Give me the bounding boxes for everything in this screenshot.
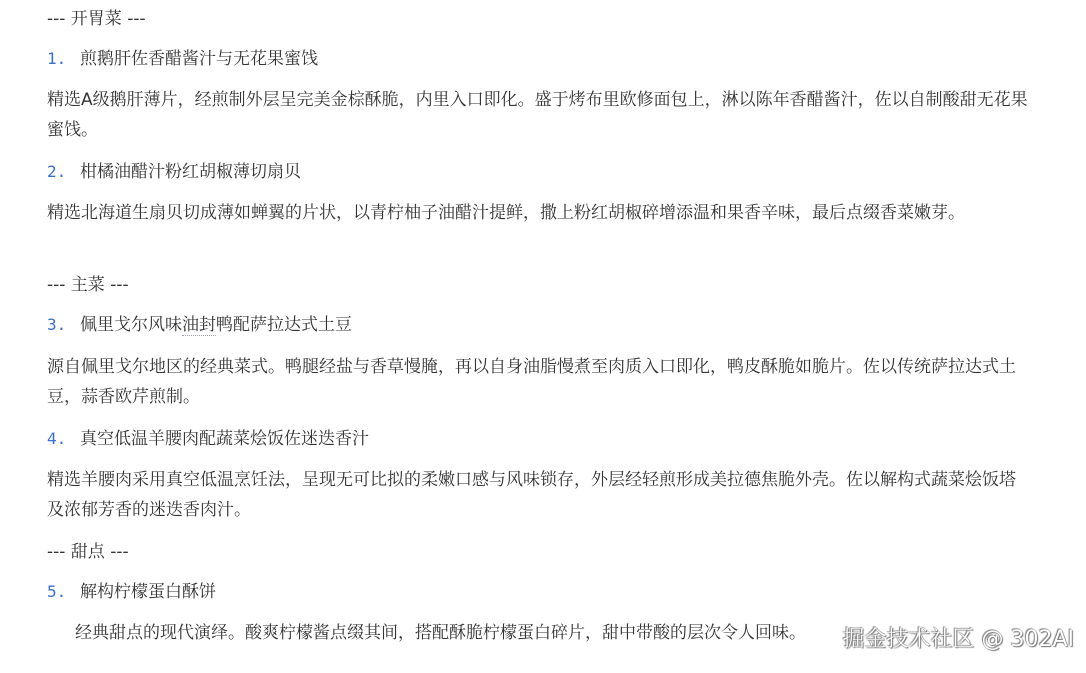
list-number: 4. bbox=[47, 427, 80, 451]
dish-title-5: 5. 解构柠檬蛋白酥饼 bbox=[47, 580, 216, 604]
section-heading-main-courses: --- 主菜 --- bbox=[47, 273, 129, 297]
dish-name: 真空低温羊腰肉配蔬菜烩饭佐迷迭香汁 bbox=[80, 427, 369, 451]
dish-title-1: 1. 煎鹅肝佐香醋酱汁与无花果蜜饯 bbox=[47, 47, 318, 71]
section-heading-desserts: --- 甜点 --- bbox=[47, 540, 129, 564]
underlined-term[interactable]: 油封 bbox=[182, 315, 216, 336]
list-number: 3. bbox=[47, 313, 80, 337]
list-number: 2. bbox=[47, 160, 80, 184]
dish-name-part: 佩里戈尔风味 bbox=[80, 315, 182, 335]
dish-name-part: 鸭配萨拉达式土豆 bbox=[216, 315, 352, 335]
dish-description-1: 精选A级鹅肝薄片，经煎制外层呈完美金棕酥脆，内里入口即化。盛于烤布里欧修面包上，… bbox=[47, 85, 1032, 145]
dish-description-3: 源自佩里戈尔地区的经典菜式。鸭腿经盐与香草慢腌，再以自身油脂慢煮至肉质入口即化，… bbox=[47, 352, 1032, 412]
dish-name: 柑橘油醋汁粉红胡椒薄切扇贝 bbox=[80, 160, 301, 184]
dish-description-2: 精选北海道生扇贝切成薄如蝉翼的片状，以青柠柚子油醋汁提鲜，撒上粉红胡椒碎增添温和… bbox=[47, 198, 1032, 228]
section-heading-appetizers: --- 开胃菜 --- bbox=[47, 7, 146, 31]
dish-name: 佩里戈尔风味油封鸭配萨拉达式土豆 bbox=[80, 313, 352, 337]
list-number: 1. bbox=[47, 47, 80, 71]
dish-title-4: 4. 真空低温羊腰肉配蔬菜烩饭佐迷迭香汁 bbox=[47, 427, 369, 451]
watermark: 掘金技术社区 @ 302AI bbox=[842, 622, 1074, 653]
dish-title-3: 3. 佩里戈尔风味油封鸭配萨拉达式土豆 bbox=[47, 313, 352, 337]
dish-name: 煎鹅肝佐香醋酱汁与无花果蜜饯 bbox=[80, 47, 318, 71]
list-number: 5. bbox=[47, 580, 80, 604]
dish-title-2: 2. 柑橘油醋汁粉红胡椒薄切扇贝 bbox=[47, 160, 301, 184]
dish-name: 解构柠檬蛋白酥饼 bbox=[80, 580, 216, 604]
dish-description-4: 精选羊腰肉采用真空低温烹饪法，呈现无可比拟的柔嫩口感与风味锁存，外层经轻煎形成美… bbox=[47, 465, 1032, 525]
